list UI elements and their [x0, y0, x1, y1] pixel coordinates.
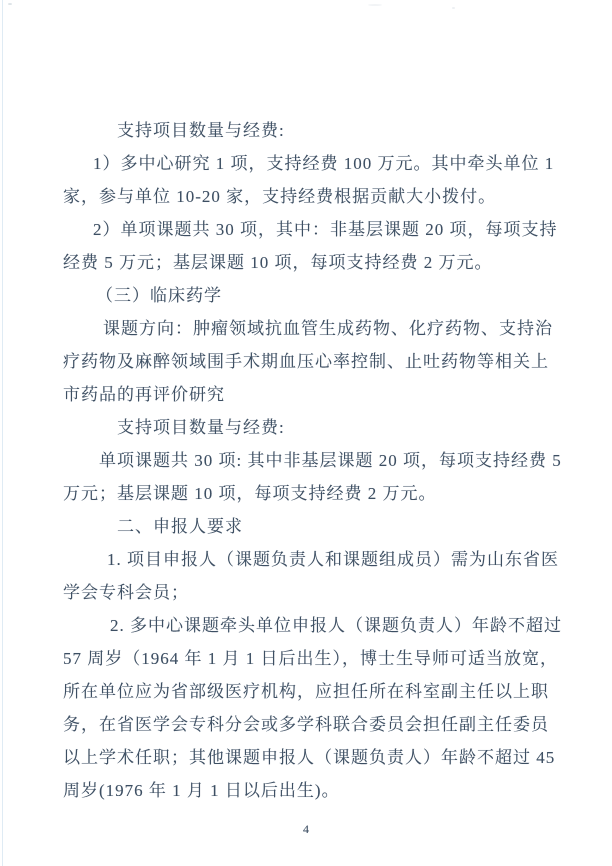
document-body: 支持项目数量与经费:1）多中心研究 1 项，支持经费 100 万元。其中牵头单位…: [63, 114, 583, 807]
text-line: 疗药物及麻醉领域围手术期血压心率控制、止吐药物等相关上: [63, 345, 583, 378]
page-number: 4: [303, 822, 309, 836]
text-line: 1. 项目申报人（课题负责人和课题组成员）需为山东省医: [63, 543, 583, 576]
text-line: 市药品的再评价研究: [63, 378, 583, 411]
text-line: 1）多中心研究 1 项，支持经费 100 万元。其中牵头单位 1: [63, 147, 583, 180]
scan-speck: [452, 7, 455, 9]
document-page: 支持项目数量与经费:1）多中心研究 1 项，支持经费 100 万元。其中牵头单位…: [0, 0, 612, 866]
text-line: 支持项目数量与经费:: [63, 114, 583, 147]
text-line: 经费 5 万元；基层课题 10 项，每项支持经费 2 万元。: [63, 246, 583, 279]
scan-speck: [368, 4, 382, 6]
text-line: 家，参与单位 10-20 家，支持经费根据贡献大小拨付。: [63, 180, 583, 213]
text-line: 2. 多中心课题牵头单位申报人（课题负责人）年龄不超过: [63, 609, 583, 642]
text-line: 单项课题共 30 项: 其中非基层课题 20 项，每项支持经费 5: [63, 444, 583, 477]
text-line: 周岁(1976 年 1 月 1 日以后出生)。: [63, 774, 583, 807]
text-line: 57 周岁（1964 年 1 月 1 日后出生），博士生导师可适当放宽，: [63, 642, 583, 675]
text-line: 支持项目数量与经费:: [63, 411, 583, 444]
document-lines: 支持项目数量与经费:1）多中心研究 1 项，支持经费 100 万元。其中牵头单位…: [63, 114, 583, 807]
text-line: 2）单项课题共 30 项，其中：非基层课题 20 项，每项支持: [63, 213, 583, 246]
text-line: 万元；基层课题 10 项，每项支持经费 2 万元。: [63, 477, 583, 510]
text-line: 二、申报人要求: [63, 510, 583, 543]
scan-speck: [8, 3, 12, 5]
text-line: 所在单位应为省部级医疗机构，应担任所在科室副主任以上职: [63, 675, 583, 708]
text-line: 学会专科会员；: [63, 576, 583, 609]
text-line: 务，在省医学会专科分会或多学科联合委员会担任副主任委员: [63, 708, 583, 741]
text-line: （三）临床药学: [63, 279, 583, 312]
scan-edge-artifact: [2, 0, 3, 866]
page-footer: 4: [0, 822, 612, 836]
text-line: 课题方向：肿瘤领域抗血管生成药物、化疗药物、支持治: [63, 312, 583, 345]
text-line: 以上学术任职；其他课题申报人（课题负责人）年龄不超过 45: [63, 741, 583, 774]
